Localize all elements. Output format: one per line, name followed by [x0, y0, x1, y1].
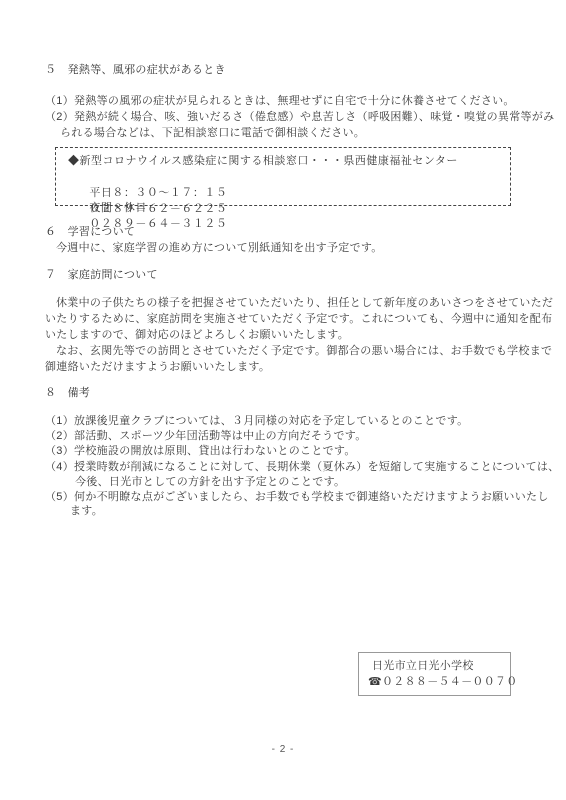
document-page: ５ 発熱等、風邪の症状があるとき （1）発熱等の風邪の症状が見られるときは、無理… [0, 0, 566, 800]
page-number: - 2 - [0, 742, 566, 758]
contact-night-label: 夜間・休日 [89, 200, 230, 216]
section8-item4-line1: （4）授業時数が削減になることに対して、長期休業（夏休み）を短縮して実施すること… [45, 459, 559, 475]
section5-heading: ５ 発熱等、風邪の症状があるとき [45, 62, 226, 78]
section8-item5-line2: ます。 [70, 503, 103, 519]
section7-line4: なお、玄関先等での訪問とさせていただく予定です。御都合の悪い場合には、お手数でも… [56, 343, 552, 359]
section6-heading: ６ 学習について [45, 224, 135, 240]
section8-item4-line2: 今後、日光市としての方針を出す予定とのことです。 [75, 474, 345, 490]
section8-item1: （1）放課後児童クラブについては、３月同様の対応を予定しているとのことです。 [45, 413, 468, 429]
section5-item2-line1: （2）発熱が続く場合、咳、強いだるさ（倦怠感）や息苦しさ（呼吸困難）、味覚・嗅覚… [45, 109, 554, 125]
contact-box-title: ◆新型コロナウイルス感染症に関する相談窓口・・・県西健康福祉センター [68, 153, 458, 169]
covid-contact-box: ◆新型コロナウイルス感染症に関する相談窓口・・・県西健康福祉センター 平日８：３… [55, 147, 511, 206]
section8-heading: ８ 備考 [45, 385, 90, 401]
contact-night-row: 夜間・休日 ０２８９－６４－３１２５ [68, 184, 230, 200]
section6-body: 今週中に、家庭学習の進め方について別紙通知を出す予定です。 [56, 240, 383, 256]
section7-line5: 御連絡いただけますようお願いいたします。 [45, 359, 270, 375]
section8-item3: （3）学校施設の開放は原則、貸出は行わないとのことです。 [45, 443, 356, 459]
section7-line1: 休業中の子供たちの様子を把握させていただいたり、担任として新年度のあいさつをさせ… [56, 295, 553, 311]
school-name: 日光市立日光小学校 [372, 658, 474, 674]
section8-item2: （2）部活動、スポーツ少年団活動等は中止の方向だそうです。 [45, 428, 367, 444]
school-signature-box: 日光市立日光小学校 ☎０２８８－５４－００７０ [358, 652, 511, 696]
section8-item5-line1: （5）何か不明瞭な点がございましたら、お手数でも学校まで御連絡いただけますようお… [45, 489, 549, 505]
section7-line3: いたしますので、御対応のほどよろしくお願いいたします。 [45, 327, 349, 343]
section7-heading: ７ 家庭訪問について [45, 267, 158, 283]
section5-item1: （1）発熱等の風邪の症状が見られるときは、無理せずに自宅で十分に休養させてくださ… [45, 93, 515, 109]
section7-line2: いたりするために、家庭訪問を実施させていただく予定です。これについても、今週中に… [45, 311, 552, 327]
school-phone: ☎０２８８－５４－００７０ [368, 674, 518, 690]
contact-weekday-row: 平日８：３０～１７：１５ ０２８９－６２－６２２５ [68, 169, 230, 185]
section5-item2-line2: られる場合などは、下記相談窓口に電話で御相談ください。 [60, 125, 365, 141]
